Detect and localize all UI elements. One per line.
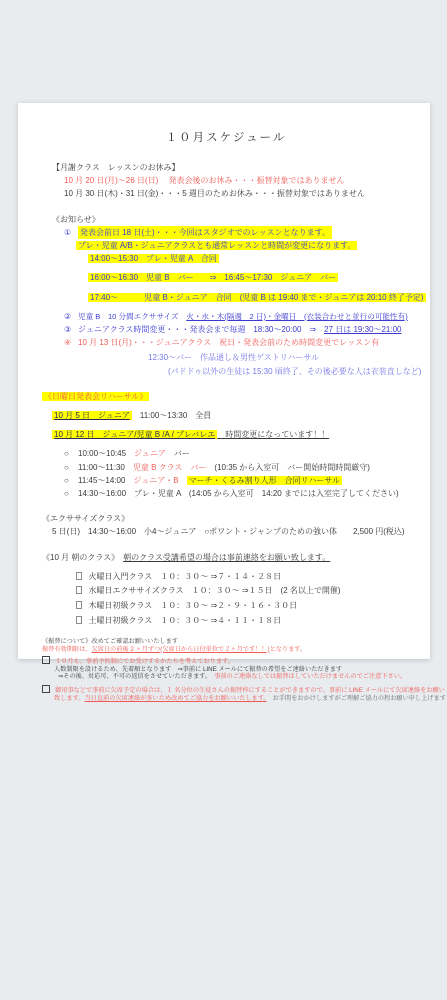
notice-1-schedule-1: 14:00～15:30 プレ・児童 A 合同 [88, 252, 412, 265]
notice-3-underlined: 27 日は 19:30～21:00 [324, 325, 401, 334]
rehearsal-row-3: ○ 11:45～14:00 ジュニア・B マーチ・くるみ割り人形 合同リハーサル [64, 474, 412, 487]
circle-bullet-icon: ○ [64, 447, 78, 460]
rehearsal-date-2: 10 月 12 日 ジュニア/児童 B /A / プレバレエ 時間変更になってい… [52, 428, 412, 441]
checkbox-icon [76, 586, 82, 594]
notice-2-text: 児童 B 10 分間エクササイズ [78, 312, 186, 321]
notice-item-1: ① 発表会前日 18 日(土)・・・今回はスタジオでのレッスンとなります。 [64, 226, 412, 239]
checkbox-icon [76, 601, 82, 609]
circle-bullet-icon: ○ [64, 474, 78, 487]
notice-item-2: ② 児童 B 10 分間エクササイズ 火・水・木(隔週 2 日)・金曜日 (衣装… [64, 310, 412, 323]
notice-item-4: ④ 10 月 13 日(月)・・・ジュニアクラス 祝日・発表会前のため時間変更で… [64, 336, 412, 349]
notice-1-schedule-2: 16:00～16:30 児童 B バー ⇒ 16:45～17:30 ジュニア バ… [88, 271, 412, 284]
morning-heading: 《10 月 朝のクラス》 朝のクラス受講希望の場合は事前連絡をお願い致します。 [42, 551, 412, 564]
rehearsal-row-4: ○ 14:30～16:00 プレ・児童 A (14:05 から入室可 14:20… [64, 487, 412, 500]
notice-1-line-1: 発表会前日 18 日(土)・・・今回はスタジオでのレッスンとなります。 [78, 226, 332, 239]
checkbox-icon [42, 685, 50, 693]
circled-number-4-icon: ④ [64, 336, 78, 349]
transfer-rule: 振替有効期限は、欠席日の前後 2 ヶ月ずつ(欠席日から日付単位で２ヶ月です！！)… [42, 646, 412, 654]
notice-2-underlined: 火・水・木(隔週 2 日)・金曜日 (衣装合わせと並行の可能性有) [186, 312, 407, 321]
circled-number-2-icon: ② [64, 310, 78, 323]
circle-bullet-icon: ○ [64, 487, 78, 500]
morning-item-1: 火曜日入門クラス １０：３０～ ⇒７・１４・２８日 [76, 570, 412, 583]
notice-1-line-2: プレ・児童 A/B・ジュニアクラスとも通常レッスンと時間が変更になります。 [76, 239, 412, 252]
notice-4-detail-2: (パドドゥ以外の生徒は 15:30 頃終了、その後必要な人は衣装直しなど) [168, 365, 412, 378]
document-page: １０月スケジュール 【月謝クラス レッスンのお休み】 10 月 20 日(月)～… [18, 103, 430, 659]
page-title: １０月スケジュール [40, 129, 412, 145]
exercise-heading: 《エクササイズクラス》 [42, 512, 412, 525]
transfer-heading: 《振替について》改めてご確認お願いいたします [42, 638, 412, 646]
notice-3-text: ジュニアクラス時間変更・・・発表会まで毎週 18:30～20:00 ⇒ [78, 325, 324, 334]
notice-heading: 《お知らせ》 [52, 213, 412, 226]
morning-item-3: 木曜日初級クラス １０：３０～ ⇒２・９・１６・３０日 [76, 598, 412, 613]
notice-4-text: 10 月 13 日(月)・・・ジュニアクラス 祝日・発表会前のため時間変更でレッ… [78, 336, 379, 349]
screen: { "page": { "title": "１０月スケジュール", "holid… [0, 0, 447, 1000]
checkbox-icon [76, 572, 82, 580]
rehearsal-heading: 《日曜日発表会リハーサル》 [42, 390, 412, 403]
morning-note: 朝のクラス受講希望の場合は事前連絡をお願い致します。 [123, 553, 330, 562]
transfer-note-2-sub: 致します。当日直前の欠席連絡が多いため改めてご協力をお願いいたします。 お手間を… [54, 695, 412, 703]
transfer-note-1: １０月も、事前予約制にてお受けするかたちを考えております。 [42, 656, 412, 666]
morning-item-4: 土曜日初級クラス １０：３０～ ⇒４・１１・１８日 [76, 613, 412, 628]
rehearsal-row-1: ○ 10:00～10:45 ジュニア バー [64, 447, 412, 460]
transfer-note-1-sub-2: ⇒その後、対応可、不可の返信をさせていただきます。 事前のご連絡なしでは振替はし… [58, 673, 412, 681]
morning-item-2: 水曜日エクササイズクラス １０：３０～ ⇒１５日 (2 名以上で開催) [76, 583, 412, 598]
holiday-heading: 【月謝クラス レッスンのお休み】 [52, 161, 412, 174]
checkbox-icon [42, 656, 50, 664]
notice-1-schedule-3: 17:40～ 児童 B・ジュニア 合同 (児童 B は 19:40 まで・ジュニ… [88, 291, 412, 304]
notice-4-detail-1: 12:30～バー 作品通し＆男性ゲストリハーサル [148, 351, 412, 364]
rehearsal-date-1: 10 月 5 日 ジュニア 11:00～13:30 全員 [52, 409, 412, 422]
exercise-line: 5 日(日) 14:30～16:00 小4～ジュニア ○ポワント・ジャンプのため… [52, 525, 412, 538]
holiday-line-2: 10 月 30 日(木)・31 日(金)・・・5 週目のためお休み・・・振替対象… [64, 187, 412, 200]
circled-number-3-icon: ③ [64, 323, 78, 336]
holiday-line-1: 10 月 20 日(月)～26 日(日) 発表会後のお休み・・・振替対象ではあり… [64, 174, 412, 187]
circled-number-1-icon: ① [64, 226, 78, 239]
transfer-note-2: 御用事などで事前に欠席予定の場合は、１ 名分位の生徒さんの振替枠にすることができ… [42, 685, 412, 695]
rehearsal-row-2: ○ 11:00～11:30 児童 B クラス バー (10:35 から入室可 バ… [64, 461, 412, 474]
circle-bullet-icon: ○ [64, 461, 78, 474]
checkbox-icon [76, 616, 82, 624]
notice-item-3: ③ ジュニアクラス時間変更・・・発表会まで毎週 18:30～20:00 ⇒ 27… [64, 323, 412, 336]
